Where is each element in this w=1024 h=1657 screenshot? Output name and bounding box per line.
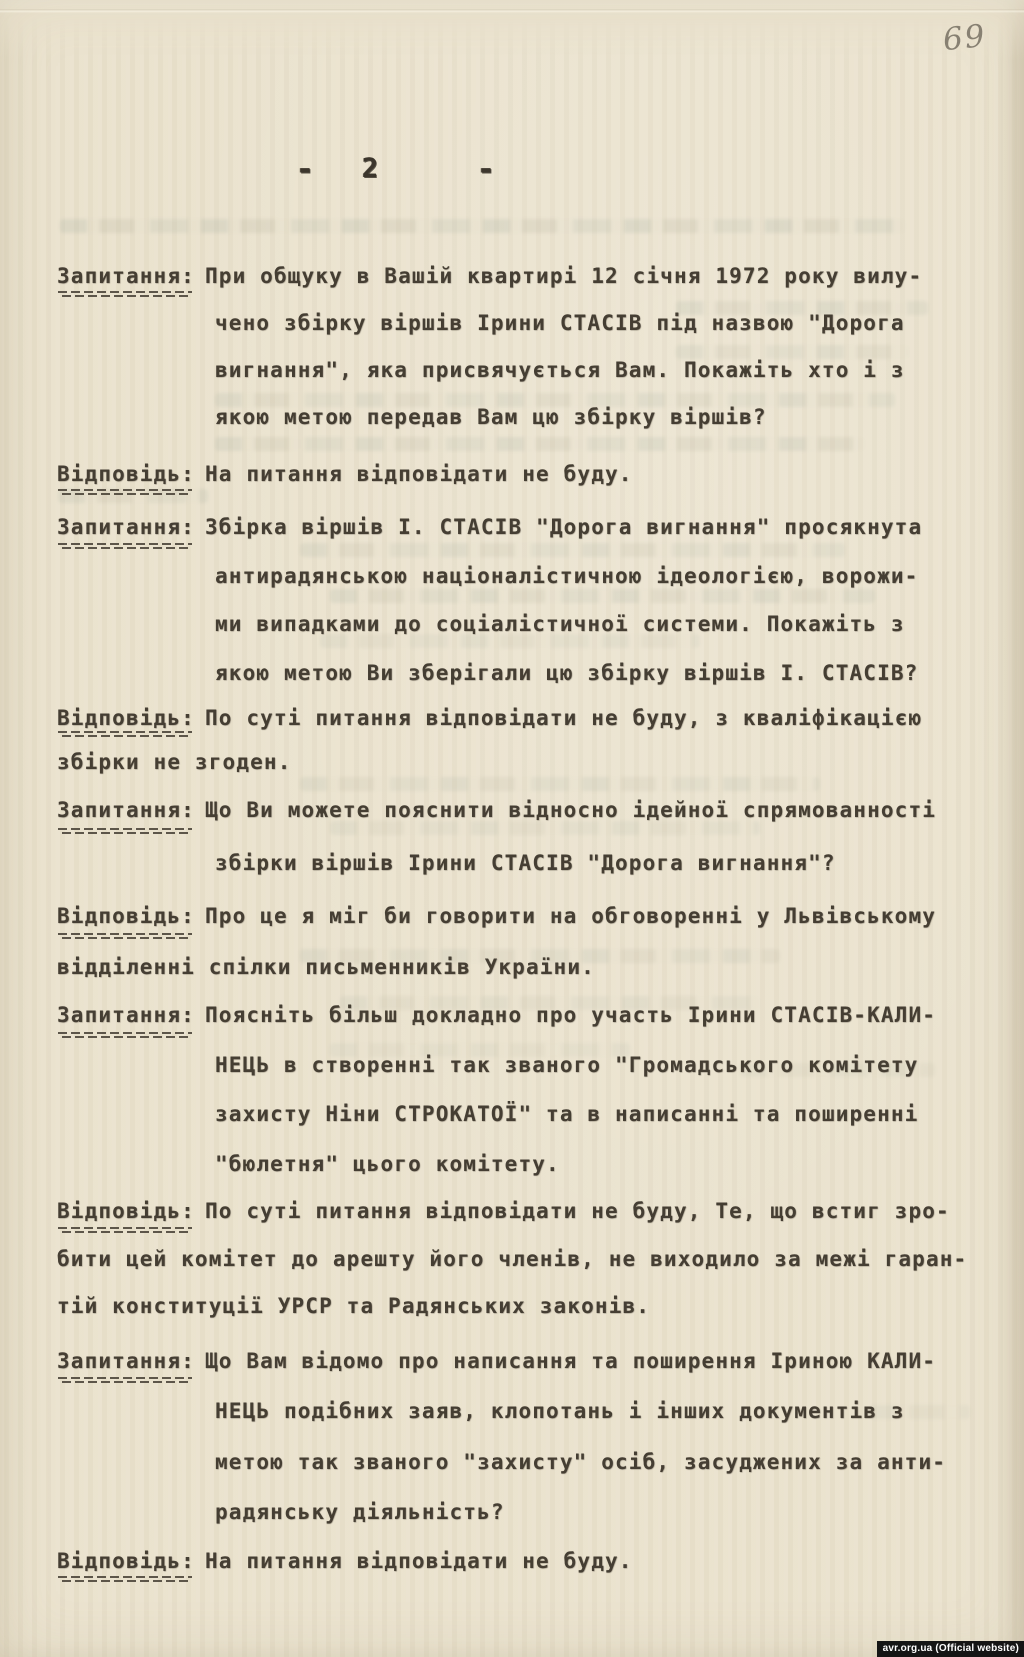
question-label: Запитання: [57,1336,195,1386]
answer-block: Відповідь:По суті питання відповідати не… [57,1188,987,1331]
text-line: захисту Ніни СТРОКАТОЇ" та в написанні т… [57,1090,987,1140]
question-block: Запитання:Що Вам відомо про написання та… [57,1336,987,1537]
watermark-label: avr.org.ua (Official website) [877,1641,1024,1657]
answer-block: Відповідь:На питання відповідати не буду… [57,451,987,498]
answer-label: Відповідь: [57,1538,195,1585]
page-number: 2 [362,153,378,184]
text-line: ми випадками до соціалістичної системи. … [57,600,987,649]
page-number-dash-left: - [296,152,314,187]
question-label: Запитання: [57,991,195,1041]
answer-block: Відповідь:По суті питання відповідати не… [57,696,987,784]
text-line: бити цей комітет до арешту його членів, … [57,1236,987,1284]
answer-label: Відповідь: [57,696,195,740]
answer-block: Відповідь:На питання відповідати не буду… [57,1538,987,1585]
question-label: Запитання: [57,253,195,300]
paper-crease [0,9,1024,13]
text-line: Що Ви можете пояснити відносно ідейної с… [57,784,987,837]
text-line: НЕЦЬ в створенні так званого "Громадсько… [57,1041,987,1091]
text-line: збірки не згоден. [57,740,987,784]
page-number-dash-right: - [477,152,495,187]
answer-label: Відповідь: [57,451,195,498]
text-line: Що Вам відомо про написання та поширення… [57,1336,987,1386]
text-line: Поясніть більш докладно про участь Ірини… [57,991,987,1041]
text-line: антирадянською націоналістичною ідеологі… [57,552,987,601]
text-line: По суті питання відповідати не буду, з к… [57,696,987,740]
question-label: Запитання: [57,503,195,552]
text-line: "бюлетня" цього комітету. [57,1140,987,1190]
text-line: чено збірку віршів Ірини СТАСІВ під назв… [57,300,987,347]
answer-label: Відповідь: [57,1188,195,1236]
question-block: Запитання:При общуку в Вашій квартирі 12… [57,253,987,441]
text-line: якою метою Ви зберігали цю збірку віршів… [57,649,987,698]
text-line: Збірка віршів І. СТАСІВ "Дорога вигнання… [57,503,987,552]
text-line: На питання відповідати не буду. [57,451,987,498]
answer-block: Відповідь:Про це я міг би говорити на об… [57,891,987,993]
question-block: Запитання:Поясніть більш докладно про уч… [57,991,987,1190]
question-block: Запитання:Збірка віршів І. СТАСІВ "Дорог… [57,503,987,697]
text-line: По суті питання відповідати не буду, Те,… [57,1188,987,1236]
answer-label: Відповідь: [57,891,195,942]
text-line: якою метою передав Вам цю збірку віршів? [57,394,987,441]
text-line: тій конституції УРСР та Радянських закон… [57,1283,987,1331]
text-line: НЕЦЬ подібних заяв, клопотань і інших до… [57,1386,987,1436]
text-line: вигнання", яка присвячується Вам. Покажі… [57,347,987,394]
text-line: При общуку в Вашій квартирі 12 січня 197… [57,253,987,300]
text-line: збірки віршів Ірини СТАСІВ "Дорога вигна… [57,837,987,890]
text-line: метою так званого "захисту" осіб, засудж… [57,1437,987,1487]
bleed-through-ghost [60,219,905,233]
question-label: Запитання: [57,784,195,837]
text-line: На питання відповідати не буду. [57,1538,987,1585]
text-line: відділенні спілки письменників України. [57,942,987,993]
handwritten-folio-number: 69 [941,18,988,58]
question-block: Запитання:Що Ви можете пояснити відносно… [57,784,987,890]
text-line: Про це я міг би говорити на обговоренні … [57,891,987,942]
scanned-document-page: - 2 - 69 Запитання:При общуку в Вашій кв… [0,0,1024,1657]
text-line: радянську діяльність? [57,1487,987,1537]
